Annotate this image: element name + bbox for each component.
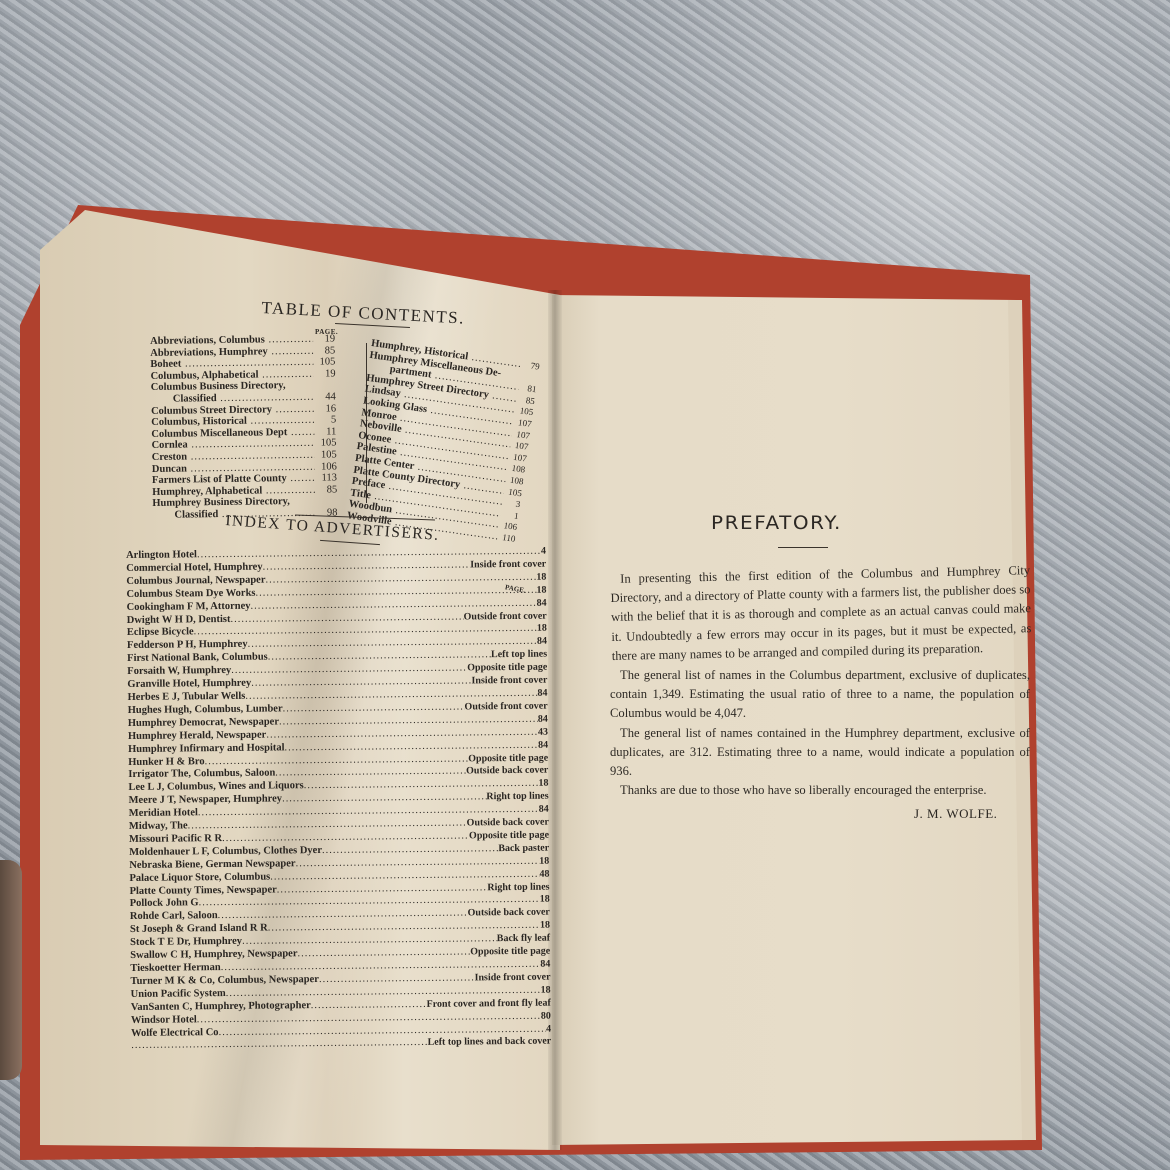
prefatory-rule [778, 547, 828, 548]
toc-right-column: Humphrey, Historical79 Humphrey Miscella… [346, 338, 540, 545]
prefatory-paragraph: Thanks are due to those who have so libe… [610, 781, 1030, 800]
toc-left-column: Abbreviations, Columbus19 Abbreviations,… [150, 333, 338, 521]
prefatory-paragraph: The general list of names in the Columbu… [610, 666, 1030, 724]
prefatory-paragraph: In presenting this the first edition of … [610, 561, 1032, 666]
author-signature: J. M. WOLFE. [914, 806, 997, 822]
prefatory-paragraph: The general list of names contained in t… [610, 724, 1030, 782]
advertiser-index-list: Arlington Hotel4 Commercial Hotel, Humph… [126, 546, 551, 1054]
prefatory-title: PREFATORY. [711, 512, 842, 534]
thumb [0, 860, 22, 1080]
prefatory-body: In presenting this the first edition of … [610, 570, 1030, 800]
